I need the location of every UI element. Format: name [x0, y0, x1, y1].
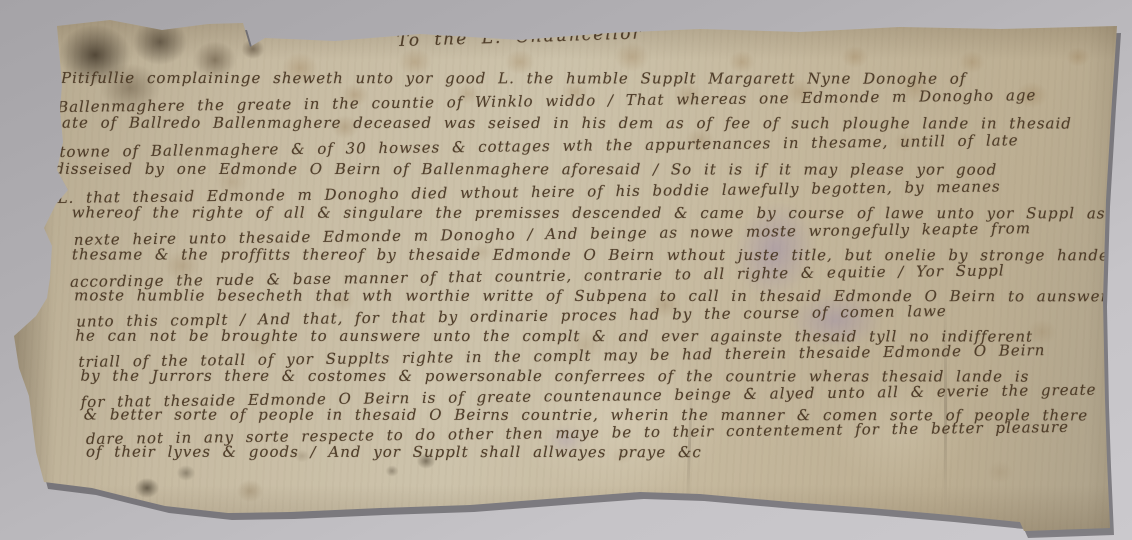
manuscript-line: of their lyves & goods / And yor Supplt …	[86, 442, 702, 463]
manuscript-line: Pitifullie complaininge sheweth unto yor…	[61, 68, 966, 89]
manuscript-line: late of Ballredo Ballenmaghere deceased …	[56, 113, 1072, 134]
manuscript-line: towne of Ballenmaghere & of 30 howses & …	[59, 130, 1018, 162]
parchment-document: To the L. Chauncellor Pitifullie complai…	[0, 0, 1132, 540]
manuscript-line: disseised by one Edmonde O Beirn of Ball…	[54, 159, 997, 180]
photo-background: To the L. Chauncellor Pitifullie complai…	[0, 0, 1132, 540]
manuscript-line: moste humblie besecheth that wth worthie…	[74, 285, 1118, 306]
docket-heading: To the L. Chauncellor	[397, 23, 643, 51]
handwritten-text: To the L. Chauncellor Pitifullie complai…	[0, 0, 1132, 540]
